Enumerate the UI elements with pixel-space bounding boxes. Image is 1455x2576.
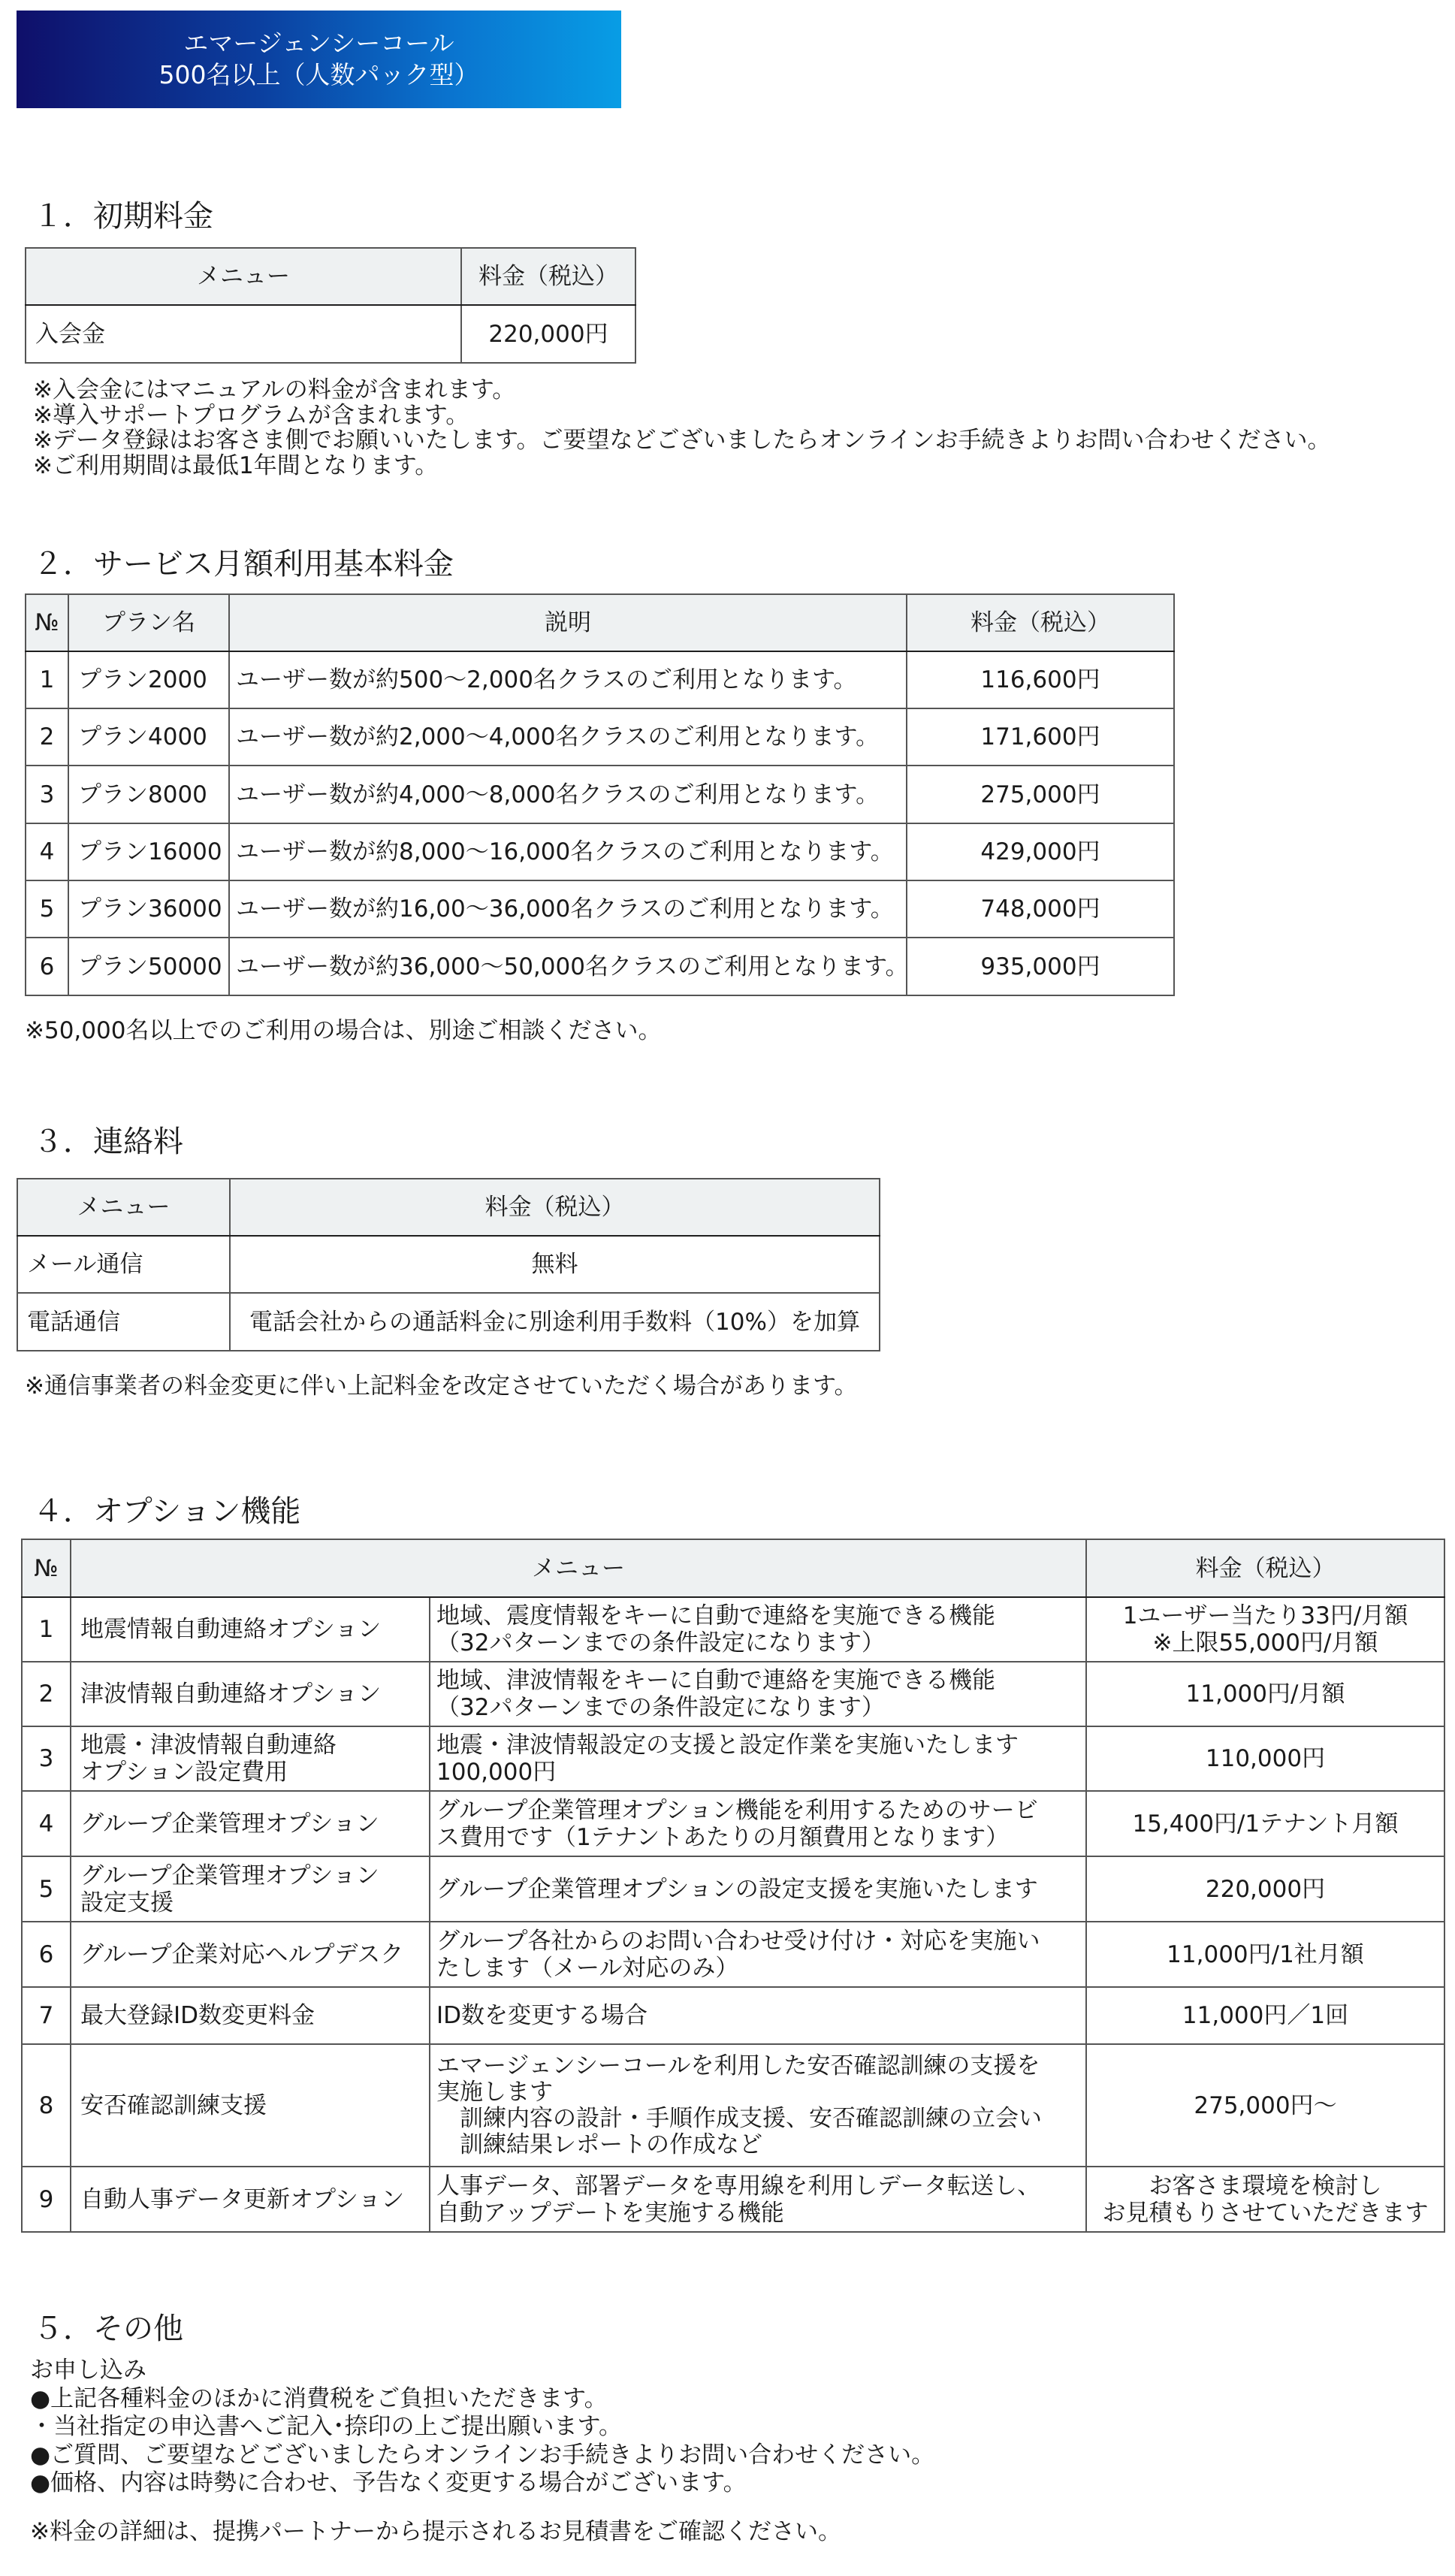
column-header-menu: メニュー — [26, 248, 461, 305]
application-subheading: お申し込み — [30, 2357, 934, 2385]
description-cell: ユーザー数が約2,000〜4,000名クラスのご利用となります。 — [229, 708, 907, 766]
price-cell: 275,000円〜 — [1086, 2044, 1444, 2167]
contact-fee-note: ※通信事業者の料金変更に伴い上記料金を改定させていただく場合があります。 — [25, 1373, 858, 1400]
description-cell: 地域、震度情報をキーに自動で連絡を実施できる機能 （32パターンまでの条件設定に… — [430, 1597, 1086, 1662]
other-info-block: お申し込み ●上記各種料金のほかに消費税をご負担いただきます。 ・当社指定の申込… — [30, 2357, 934, 2546]
column-header-no: № — [22, 1539, 71, 1597]
no-cell: 3 — [22, 1726, 71, 1791]
table-header-row: № メニュー 料金（税込） — [22, 1539, 1444, 1597]
no-cell: 2 — [22, 1662, 71, 1726]
table-row: 5 グループ企業管理オプション 設定支援 グループ企業管理オプションの設定支援を… — [22, 1856, 1444, 1922]
no-cell: 5 — [22, 1856, 71, 1922]
pricing-footnote: ※料金の詳細は、提携パートナーから提示されるお見積書をご確認ください。 — [30, 2518, 934, 2547]
table-row: 1 プラン2000 ユーザー数が約500〜2,000名クラスのご利用となります。… — [26, 651, 1174, 708]
description-cell: グループ企業管理オプションの設定支援を実施いたします — [430, 1856, 1086, 1922]
section-heading-initial-fee: １．初期料金 — [33, 200, 213, 233]
option-name-cell: 地震・津波情報自動連絡 オプション設定費用 — [71, 1726, 430, 1791]
price-cell: 220,000円 — [1086, 1856, 1444, 1922]
table-row: 4 プラン16000 ユーザー数が約8,000〜16,000名クラスのご利用とな… — [26, 823, 1174, 880]
price-cell: 171,600円 — [907, 708, 1174, 766]
price-cell: 電話会社からの通話料金に別途利用手数料（10%）を加算 — [230, 1293, 880, 1351]
section-heading-monthly-fee: ２．サービス月額利用基本料金 — [33, 548, 454, 581]
table-row: 入会金 220,000円 — [26, 305, 635, 363]
description-cell: ID数を変更する場合 — [430, 1987, 1086, 2044]
table-row: メール通信 無料 — [17, 1236, 880, 1293]
price-cell: 11,000円/月額 — [1086, 1662, 1444, 1726]
no-cell: 8 — [22, 2044, 71, 2167]
option-name-cell: 最大登録ID数変更料金 — [71, 1987, 430, 2044]
menu-cell: メール通信 — [17, 1236, 230, 1293]
no-cell: 1 — [22, 1597, 71, 1662]
no-cell: 2 — [26, 708, 68, 766]
price-cell: 1ユーザー当たり33円/月額 ※上限55,000円/月額 — [1086, 1597, 1444, 1662]
option-name-cell: グループ企業管理オプション — [71, 1791, 430, 1856]
price-cell: 220,000円 — [461, 305, 635, 363]
column-header-price: 料金（税込） — [907, 594, 1174, 651]
column-header-menu: メニュー — [71, 1539, 1086, 1597]
price-cell: 429,000円 — [907, 823, 1174, 880]
no-cell: 9 — [22, 2167, 71, 2232]
price-cell: 11,000円／1回 — [1086, 1987, 1444, 2044]
price-cell: 11,000円/1社月額 — [1086, 1922, 1444, 1987]
info-list-item: ●価格、内容は時勢に合わせ、予告なく変更する場合がございます。 — [30, 2469, 934, 2498]
table-row: 6 グループ企業対応ヘルプデスク グループ各社からのお問い合わせ受け付け・対応を… — [22, 1922, 1444, 1987]
table-row: 5 プラン36000 ユーザー数が約16,00〜36,000名クラスのご利用とな… — [26, 880, 1174, 938]
table-row: 6 プラン50000 ユーザー数が約36,000〜50,000名クラスのご利用と… — [26, 938, 1174, 995]
options-table: № メニュー 料金（税込） 1 地震情報自動連絡オプション 地域、震度情報をキー… — [21, 1539, 1445, 2233]
table-header-row: メニュー 料金（税込） — [26, 248, 635, 305]
plan-cell: プラン50000 — [68, 938, 229, 995]
banner-title-line2: 500名以上（人数パック型） — [159, 59, 479, 91]
table-row: 1 地震情報自動連絡オプション 地域、震度情報をキーに自動で連絡を実施できる機能… — [22, 1597, 1444, 1662]
description-cell: ユーザー数が約36,000〜50,000名クラスのご利用となります。 — [229, 938, 907, 995]
menu-cell: 入会金 — [26, 305, 461, 363]
plan-cell: プラン36000 — [68, 880, 229, 938]
info-list-item: ●ご質問、ご要望などございましたらオンラインお手続きよりお問い合わせください。 — [30, 2442, 934, 2470]
no-cell: 3 — [26, 766, 68, 823]
section-heading-options: ４．オプション機能 — [33, 1495, 300, 1528]
initial-fee-table: メニュー 料金（税込） 入会金 220,000円 — [25, 247, 636, 364]
description-cell: ユーザー数が約500〜2,000名クラスのご利用となります。 — [229, 651, 907, 708]
option-name-cell: 安否確認訓練支援 — [71, 2044, 430, 2167]
option-name-cell: 自動人事データ更新オプション — [71, 2167, 430, 2232]
table-row: 4 グループ企業管理オプション グループ企業管理オプション機能を利用するためのサ… — [22, 1791, 1444, 1856]
section-heading-other: ５．その他 — [33, 2312, 183, 2345]
banner-title-line1: エマージェンシーコール — [183, 28, 454, 59]
info-list-item: ・当社指定の申込書へご記入･捺印の上ご提出願います。 — [30, 2413, 934, 2442]
no-cell: 6 — [26, 938, 68, 995]
plan-cell: プラン8000 — [68, 766, 229, 823]
note: ※データ登録はお客さま側でお願いいたします。ご要望などございましたらオンラインお… — [33, 428, 1331, 454]
monthly-fee-note: ※50,000名以上でのご利用の場合は、別途ご相談ください。 — [25, 1017, 661, 1044]
contact-fee-table: メニュー 料金（税込） メール通信 無料 電話通信 電話会社からの通話料金に別途… — [17, 1178, 880, 1351]
table-row: 3 プラン8000 ユーザー数が約4,000〜8,000名クラスのご利用となりま… — [26, 766, 1174, 823]
no-cell: 6 — [22, 1922, 71, 1987]
description-cell: ユーザー数が約16,00〜36,000名クラスのご利用となります。 — [229, 880, 907, 938]
price-cell: 無料 — [230, 1236, 880, 1293]
price-cell: 116,600円 — [907, 651, 1174, 708]
description-cell: グループ企業管理オプション機能を利用するためのサービ ス費用です（1テナントあた… — [430, 1791, 1086, 1856]
description-cell: ユーザー数が約4,000〜8,000名クラスのご利用となります。 — [229, 766, 907, 823]
table-row: 8 安否確認訓練支援 エマージェンシーコールを利用した安否確認訓練の支援を 実施… — [22, 2044, 1444, 2167]
description-cell: グループ各社からのお問い合わせ受け付け・対応を実施い たします（メール対応のみ） — [430, 1922, 1086, 1987]
description-cell: 地域、津波情報をキーに自動で連絡を実施できる機能 （32パターンまでの条件設定に… — [430, 1662, 1086, 1726]
column-header-description: 説明 — [229, 594, 907, 651]
table-header-row: № プラン名 説明 料金（税込） — [26, 594, 1174, 651]
column-header-price: 料金（税込） — [1086, 1539, 1444, 1597]
column-header-plan: プラン名 — [68, 594, 229, 651]
table-header-row: メニュー 料金（税込） — [17, 1179, 880, 1236]
plan-cell: プラン2000 — [68, 651, 229, 708]
description-cell: ユーザー数が約8,000〜16,000名クラスのご利用となります。 — [229, 823, 907, 880]
price-cell: 748,000円 — [907, 880, 1174, 938]
plan-cell: プラン16000 — [68, 823, 229, 880]
price-cell: 110,000円 — [1086, 1726, 1444, 1791]
description-cell: 人事データ、部署データを専用線を利用しデータ転送し、 自動アップデートを実施する… — [430, 2167, 1086, 2232]
table-row: 9 自動人事データ更新オプション 人事データ、部署データを専用線を利用しデータ転… — [22, 2167, 1444, 2232]
section-heading-contact-fee: ３．連絡料 — [33, 1125, 183, 1158]
note: ※導入サポートプログラムが含まれます。 — [33, 403, 1331, 429]
note: ※入会金にはマニュアルの料金が含まれます。 — [33, 378, 1331, 403]
no-cell: 4 — [22, 1791, 71, 1856]
price-cell: 15,400円/1テナント月額 — [1086, 1791, 1444, 1856]
menu-cell: 電話通信 — [17, 1293, 230, 1351]
option-name-cell: グループ企業管理オプション 設定支援 — [71, 1856, 430, 1922]
title-banner: エマージェンシーコール 500名以上（人数パック型） — [17, 11, 621, 108]
price-cell: 935,000円 — [907, 938, 1174, 995]
option-name-cell: 地震情報自動連絡オプション — [71, 1597, 430, 1662]
column-header-no: № — [26, 594, 68, 651]
no-cell: 5 — [26, 880, 68, 938]
description-cell: 地震・津波情報設定の支援と設定作業を実施いたします 100,000円 — [430, 1726, 1086, 1791]
monthly-fee-table: № プラン名 説明 料金（税込） 1 プラン2000 ユーザー数が約500〜2,… — [25, 593, 1175, 996]
option-name-cell: 津波情報自動連絡オプション — [71, 1662, 430, 1726]
pricing-page: エマージェンシーコール 500名以上（人数パック型） １．初期料金 メニュー 料… — [0, 0, 1455, 2576]
note: ※ご利用期間は最低1年間となります。 — [33, 454, 1331, 479]
description-cell: エマージェンシーコールを利用した安否確認訓練の支援を 実施します 訓練内容の設計… — [430, 2044, 1086, 2167]
table-row: 2 プラン4000 ユーザー数が約2,000〜4,000名クラスのご利用となりま… — [26, 708, 1174, 766]
column-header-price: 料金（税込） — [461, 248, 635, 305]
price-cell: 275,000円 — [907, 766, 1174, 823]
table-row: 7 最大登録ID数変更料金 ID数を変更する場合 11,000円／1回 — [22, 1987, 1444, 2044]
table-row: 2 津波情報自動連絡オプション 地域、津波情報をキーに自動で連絡を実施できる機能… — [22, 1662, 1444, 1726]
table-row: 電話通信 電話会社からの通話料金に別途利用手数料（10%）を加算 — [17, 1293, 880, 1351]
option-name-cell: グループ企業対応ヘルプデスク — [71, 1922, 430, 1987]
no-cell: 7 — [22, 1987, 71, 2044]
plan-cell: プラン4000 — [68, 708, 229, 766]
column-header-price: 料金（税込） — [230, 1179, 880, 1236]
column-header-menu: メニュー — [17, 1179, 230, 1236]
no-cell: 4 — [26, 823, 68, 880]
price-cell: お客さま環境を検討し お見積もりさせていただきます — [1086, 2167, 1444, 2232]
no-cell: 1 — [26, 651, 68, 708]
info-list-item: ●上記各種料金のほかに消費税をご負担いただきます。 — [30, 2385, 934, 2414]
table-row: 3 地震・津波情報自動連絡 オプション設定費用 地震・津波情報設定の支援と設定作… — [22, 1726, 1444, 1791]
initial-fee-notes: ※入会金にはマニュアルの料金が含まれます。 ※導入サポートプログラムが含まれます… — [33, 378, 1331, 479]
